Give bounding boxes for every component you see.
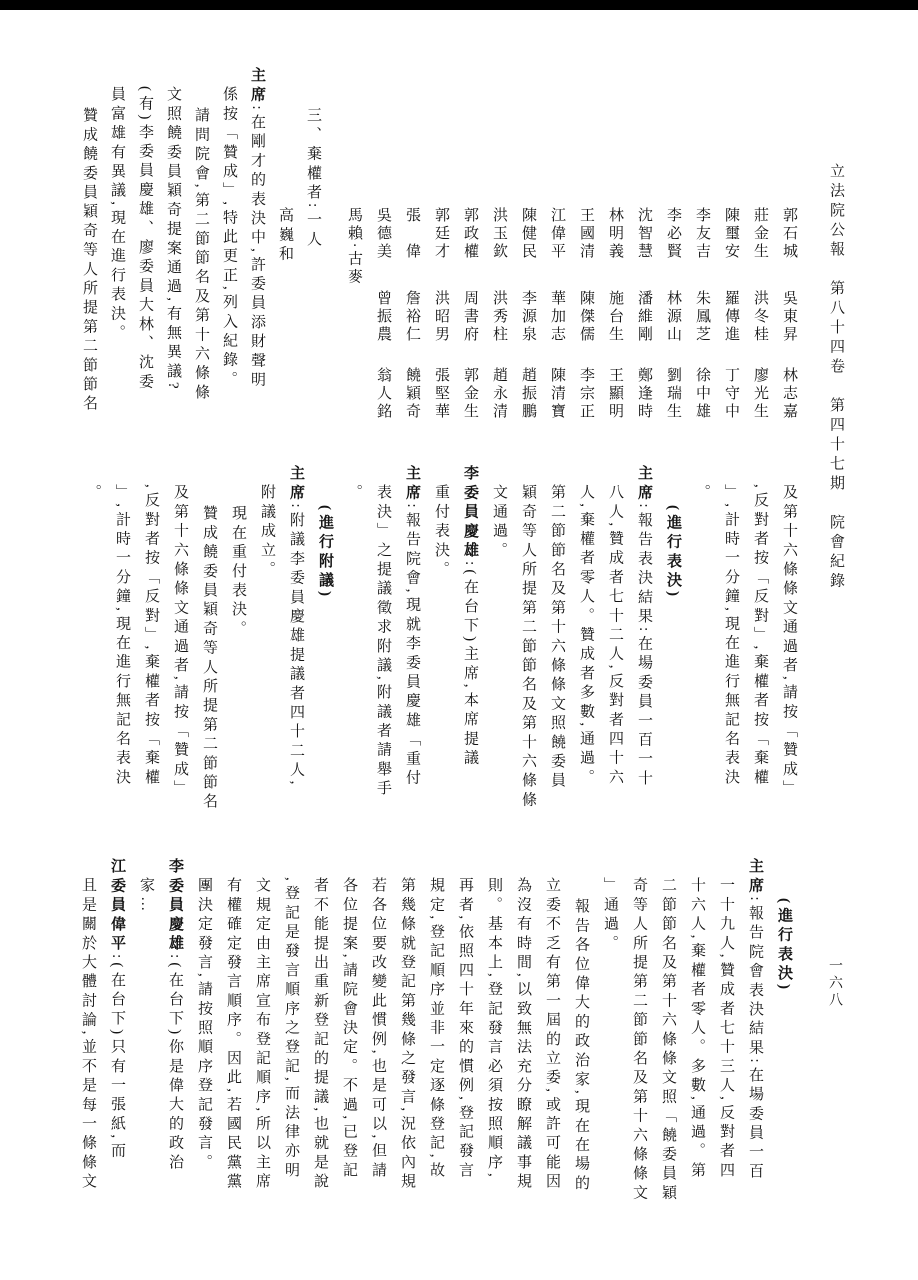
legislator-name: 陳清寶 (547, 367, 568, 420)
text-column: (進行表決) (658, 465, 687, 877)
speech-text: 文規定由主席宣布登記順序,所以主席 (254, 877, 270, 1192)
legislator-name: 趙永清 (489, 367, 510, 420)
speaker-name: 主席 (747, 858, 763, 896)
text-column: 主席:報告表決結果:在場委員一百一十 (629, 465, 658, 837)
legislator-name: 吳德美 (373, 207, 394, 260)
scan-top-black-bar (0, 0, 918, 10)
speech-text: :報告院會表決結果:在場委員一百 (747, 896, 763, 1182)
speech-text: :(在台下)你是偉大的政治 (167, 954, 183, 1173)
legislator-name: 華加志 (547, 290, 568, 343)
name-column: 李友吉 朱鳳芝 徐中雄 (690, 207, 719, 457)
speaker-name: (進行表決) (776, 898, 792, 993)
text-column: 文規定由主席宣布登記順序,所以主席 (247, 858, 276, 1249)
speech-text: 報告各位偉大的政治家,現在在場的 (573, 898, 589, 1194)
legislator-name: 趙振鵬 (518, 367, 539, 420)
speech-text: 。 (694, 484, 710, 503)
speech-text: :報告表決結果:在場委員一百一十 (636, 503, 652, 789)
speech-text: 若各位要改變此慣例,也是可以,但請 (370, 877, 386, 1181)
text-column: 。 (78, 465, 107, 856)
text-column: 主席:附議李委員慶雄提議者四十二人, (281, 465, 310, 837)
name-column: 陳璽安 羅傳進 丁守中 (719, 207, 748, 457)
legislator-name: 詹裕仁 (402, 290, 423, 343)
speech-text: 有權確定發言順序。因此,若國民黨黨 (225, 877, 241, 1192)
speech-text: 係按「贊成」,特此更正,列入紀錄。 (221, 86, 237, 390)
text-column: (進行附議) (310, 465, 339, 877)
text-column: 江委員偉平:(在台下)只有一張紙,而 (102, 858, 131, 1230)
legislator-name: 郭政權 (460, 207, 481, 260)
text-column: 主席:報告院會表決結果:在場委員一百 (740, 858, 769, 1230)
legislator-name: 王國清 (576, 207, 597, 260)
speech-text: 表決」之提議徵求附議,附議者請舉手 (375, 484, 391, 799)
text-column: 穎奇等人所提第二節節名及第十六條條 (513, 465, 542, 856)
speech-text: :(在台下)只有一張紙,而 (109, 954, 125, 1162)
speaker-name: 李委員慶雄 (462, 465, 478, 561)
speech-text: 則。基本上,登記發言必須按照順序, (486, 877, 502, 1181)
legislator-name: 江偉平 (547, 207, 568, 260)
legislator-name: 曾振農 (373, 290, 394, 343)
speech-text: 且是關於大體討論,並不是每一條條文 (80, 877, 96, 1192)
speech-text: :報告院會,現就李委員慶雄「重付 (404, 503, 420, 788)
speech-text: 家… (138, 877, 154, 915)
text-column: 重付表決。 (426, 465, 455, 856)
text-column: 奇等人所提第二節節名及第十六條條文 (624, 858, 653, 1249)
text-column: 贊成饒委員穎奇等人所提第二節節名 (75, 67, 103, 482)
speech-text: 請問院會,第二節節名及第十六條條 (193, 107, 209, 403)
text-column: 」,計時一分鐘,現在進行無記名表決 (107, 465, 136, 856)
legislator-name: 羅傳進 (721, 290, 742, 343)
speech-text: ,反對者按「反對」,棄權者按「棄權 (752, 484, 768, 788)
text-column: 第幾條就登記第幾條之發言,況依內規 (392, 858, 421, 1249)
text-column: 再者,依照四十年來的慣例,登記發言 (450, 858, 479, 1249)
speech-text: (有)李委員慶雄、廖委員大林、沈委 (137, 86, 153, 392)
text-column: 三、棄權者:一人 (299, 67, 327, 482)
speech-text: 」通過。 (602, 877, 618, 954)
text-column: 。 (339, 465, 368, 856)
speech-text: :(在台下)主席,本席提議 (462, 561, 478, 769)
speech-text: 及第十六條條文通過者,請按「贊成」 (781, 484, 797, 799)
band2-text: 及第十六條條文通過者,請按「贊成」 ,反對者按「反對」,棄權者按「棄權 」,計時… (78, 465, 803, 837)
text-column: 及第十六條條文通過者,請按「贊成」 (165, 465, 194, 856)
speech-text: 者不能提出重新登記的提議,也就是說 (312, 877, 328, 1192)
legislator-name: 潘維剛 (634, 290, 655, 343)
legislator-name: 朱鳳芝 (692, 290, 713, 343)
text-column: 者不能提出重新登記的提議,也就是說 (305, 858, 334, 1249)
text-column: 第二節節名及第十六條條文照饒委員 (542, 465, 571, 856)
text-column: 表決」之提議徵求附議,附議者請舉手 (368, 465, 397, 856)
text-column: 」通過。 (595, 858, 624, 1249)
legislator-name: 李源泉 (518, 290, 539, 343)
text-column: 報告各位偉大的政治家,現在在場的 (566, 858, 595, 1270)
speech-text: 重付表決。 (433, 484, 449, 580)
legislator-name: 陳璽安 (721, 207, 742, 260)
legislator-name: 沈智慧 (634, 207, 655, 260)
legislator-name: 陳傑儒 (576, 290, 597, 343)
text-column: 則。基本上,登記發言必須按照順序, (479, 858, 508, 1249)
text-column: 家… (131, 858, 160, 1249)
name-column: 張 偉 詹裕仁 饒穎奇 (400, 207, 429, 457)
text-column: 現在重付表決。 (223, 465, 252, 877)
speaker-name: 江委員偉平 (109, 858, 125, 954)
speech-text: 員富雄有異議,現在進行表決。 (109, 86, 125, 344)
legislator-name: 張 偉 (402, 207, 423, 260)
name-column: 王國清 陳傑儒 李宗正 (574, 207, 603, 457)
speech-text: 八人,贊成者七十二人,反對者四十六 (607, 484, 623, 788)
page-number: 一六八 (824, 958, 844, 1038)
legislator-name: 郭金生 (460, 367, 481, 420)
band1-text: 三、棄權者:一人 高巍和 主席:在剛才的表決中,許委員添財聲明 係按「贊成」,特… (75, 67, 327, 442)
legislator-name: 洪秀柱 (489, 290, 510, 343)
name-column: 郭廷才 洪昭男 張堅華 (429, 207, 458, 457)
speech-text: 規定,登記順序並非一定逐條登記,故 (428, 877, 444, 1181)
name-column: 莊金生 洪冬桂 廖光生 (748, 207, 777, 457)
legislator-name: 莊金生 (750, 207, 771, 260)
legislator-name: 周書府 (460, 290, 481, 343)
speech-text: 附議成立。 (259, 484, 275, 580)
text-column: 主席:在剛才的表決中,許委員添財聲明 (243, 67, 271, 442)
legislator-name: 吳東昇 (779, 290, 800, 343)
text-column: 為沒有時間,以致無法充分瞭解議事規 (508, 858, 537, 1249)
speech-text: 各位提案,請院會決定。不過,已登記 (341, 877, 357, 1181)
speaker-name: 主席 (404, 465, 420, 503)
speech-text: 第二節節名及第十六條條文照饒委員 (549, 484, 565, 791)
legislator-name: 李宗正 (576, 367, 597, 420)
speech-text: 十六人,棄權者零人。多數,通過。第 (689, 877, 705, 1181)
text-column: 立委不乏有第一屆的立委,或許可能因 (537, 858, 566, 1249)
legislator-name: 林源山 (663, 290, 684, 343)
text-column: 一十九人,贊成者七十三人,反對者四 (711, 858, 740, 1249)
text-column: (進行表決) (769, 858, 798, 1270)
speech-text: 為沒有時間,以致無法充分瞭解議事規 (515, 877, 531, 1192)
text-column: 若各位要改變此慣例,也是可以,但請 (363, 858, 392, 1249)
text-column: (有)李委員慶雄、廖委員大林、沈委 (131, 67, 159, 461)
speech-text: 再者,依照四十年來的慣例,登記發言 (457, 877, 473, 1181)
name-column: 陳健民 李源泉 趙振鵬 (516, 207, 545, 457)
speech-text: 文照饒委員穎奇提案通過,有無異議? (165, 86, 181, 393)
text-column: 及第十六條條文通過者,請按「贊成」 (774, 465, 803, 856)
speaker-name: 主席 (249, 67, 265, 105)
speech-text: 立委不乏有第一屆的立委,或許可能因 (544, 877, 560, 1192)
text-column: 請問院會,第二節節名及第十六條條 (187, 67, 215, 482)
legislator-name: 劉瑞生 (663, 367, 684, 420)
text-column: 主席:報告院會,現就李委員慶雄「重付 (397, 465, 426, 837)
speech-text: 」,計時一分鐘,現在進行無記名表決 (723, 484, 739, 788)
speaker-name: (進行表決) (665, 505, 681, 600)
name-column: 沈智慧 潘維剛 鄭逢時 (632, 207, 661, 457)
text-column: ,反對者按「反對」,棄權者按「棄權 (745, 465, 774, 856)
legislator-name: 林明義 (605, 207, 626, 260)
text-column: 員富雄有異議,現在進行表決。 (103, 67, 131, 461)
speech-text: 及第十六條條文通過者,請按「贊成」 (172, 484, 188, 799)
speech-text: 二節節名及第十六條條文照「饒委員穎 (660, 877, 676, 1203)
speech-text: 贊成饒委員穎奇等人所提第二節節名 (81, 107, 97, 414)
name-column: 李必賢 林源山 劉瑞生 (661, 207, 690, 457)
text-column: ,反對者按「反對」,棄權者按「棄權 (136, 465, 165, 856)
speech-text: 文通過。 (491, 484, 507, 561)
masthead-title: 立法院公報 第八十四卷 第四十七期 院會紀錄 (826, 163, 847, 633)
text-column: 十六人,棄權者零人。多數,通過。第 (682, 858, 711, 1249)
speaker-name: (進行附議) (317, 505, 333, 600)
name-column: 郭石城 吳東昇 林志嘉 (777, 207, 806, 457)
text-column: ,登記是發言順序之登記,而法律亦明 (276, 858, 305, 1249)
legislator-name: 洪冬桂 (750, 290, 771, 343)
speech-text: 一十九人,贊成者七十三人,反對者四 (718, 877, 734, 1181)
text-column: 。 (687, 465, 716, 856)
legislator-name: 翁人銘 (373, 367, 394, 420)
speaker-name: 主席 (636, 465, 652, 503)
speech-text: 奇等人所提第二節節名及第十六條條文 (631, 877, 647, 1203)
speech-text: 贊成饒委員穎奇等人所提第二節節名 (201, 505, 217, 812)
legislator-name: 王顯明 (605, 367, 626, 420)
speaker-name: 主席 (288, 465, 304, 503)
text-column: 贊成饒委員穎奇等人所提第二節節名 (194, 465, 223, 877)
speech-text: 穎奇等人所提第二節節名及第十六條條 (520, 484, 536, 810)
text-column: 文通過。 (484, 465, 513, 856)
legislator-name: 林志嘉 (779, 367, 800, 420)
legislator-name: 丁守中 (721, 367, 742, 420)
speech-text: 。 (346, 484, 362, 503)
text-column: 有權確定發言順序。因此,若國民黨黨 (218, 858, 247, 1249)
name-column: 江偉平 華加志 陳清寶 (545, 207, 574, 457)
legislator-name: 廖光生 (750, 367, 771, 420)
legislator-name: 馬賴·古麥 (344, 207, 365, 286)
legislator-name: 饒穎奇 (402, 367, 423, 420)
speech-text: 三、棄權者:一人 (305, 107, 321, 250)
band1-name-list: 郭石城 吳東昇 林志嘉 莊金生 洪冬桂 廖光生 陳璽安 羅傳進 丁守中 李友吉 … (342, 207, 806, 457)
text-column: 二節節名及第十六條條文照「饒委員穎 (653, 858, 682, 1249)
legislator-name: 施台生 (605, 290, 626, 343)
text-column: 李委員慶雄:(在台下)主席,本席提議 (455, 465, 484, 837)
speech-text: 團決定發言,請按照順序登記發言。 (196, 877, 212, 1173)
speech-text: :附議李委員慶雄提議者四十二人, (288, 503, 304, 788)
name-column: 洪玉欽 洪秀柱 趙永清 (487, 207, 516, 457)
text-column: 團決定發言,請按照順序登記發言。 (189, 858, 218, 1249)
speaker-name: 李委員慶雄 (167, 858, 183, 954)
legislator-name: 張堅華 (431, 367, 452, 420)
legislator-name: 徐中雄 (692, 367, 713, 420)
legislator-name: 洪玉欽 (489, 207, 510, 260)
name-column: 林明義 施台生 王顯明 (603, 207, 632, 457)
legislator-name: 洪昭男 (431, 290, 452, 343)
text-column: 李委員慶雄:(在台下)你是偉大的政治 (160, 858, 189, 1230)
text-column: 八人,贊成者七十二人,反對者四十六 (600, 465, 629, 856)
name-column: 馬賴·古麥 (342, 207, 371, 457)
text-column: 人,棄權者零人。贊成者多數,通過。 (571, 465, 600, 856)
speech-text: 現在重付表決。 (230, 505, 246, 639)
speech-text: ,登記是發言順序之登記,而法律亦明 (283, 877, 299, 1181)
legislator-name: 鄭逢時 (634, 367, 655, 420)
speech-text: :在剛才的表決中,許委員添財聲明 (249, 105, 265, 390)
text-column: 規定,登記順序並非一定逐條登記,故 (421, 858, 450, 1249)
text-column: 文照饒委員穎奇提案通過,有無異議? (159, 67, 187, 461)
band3-text: (進行表決) 主席:報告院會表決結果:在場委員一百 一十九人,贊成者七十三人,反… (73, 858, 798, 1230)
name-column: 郭政權 周書府 郭金生 (458, 207, 487, 457)
text-column: 附議成立。 (252, 465, 281, 856)
text-column: 且是關於大體討論,並不是每一條條文 (73, 858, 102, 1249)
speech-text: 」,計時一分鐘,現在進行無記名表決 (114, 484, 130, 788)
speech-text: 。 (85, 484, 101, 503)
name-column: 吳德美 曾振農 翁人銘 (371, 207, 400, 457)
speech-text: ,反對者按「反對」,棄權者按「棄權 (143, 484, 159, 788)
legislator-name: 郭石城 (779, 207, 800, 260)
legislator-name: 郭廷才 (431, 207, 452, 260)
legislator-name: 李必賢 (663, 207, 684, 260)
speech-text: 第幾條就登記第幾條之發言,況依內規 (399, 877, 415, 1192)
legislator-name: 陳健民 (518, 207, 539, 260)
gazette-page: 立法院公報 第八十四卷 第四十七期 院會紀錄 一六八 郭石城 吳東昇 林志嘉 莊… (0, 0, 918, 1280)
text-column: 係按「贊成」,特此更正,列入紀錄。 (215, 67, 243, 461)
text-column: 各位提案,請院會決定。不過,已登記 (334, 858, 363, 1249)
speech-text: 人,棄權者零人。贊成者多數,通過。 (578, 484, 594, 788)
speech-text: 高巍和 (277, 207, 293, 265)
legislator-name: 李友吉 (692, 207, 713, 260)
text-column: 」,計時一分鐘,現在進行無記名表決 (716, 465, 745, 856)
